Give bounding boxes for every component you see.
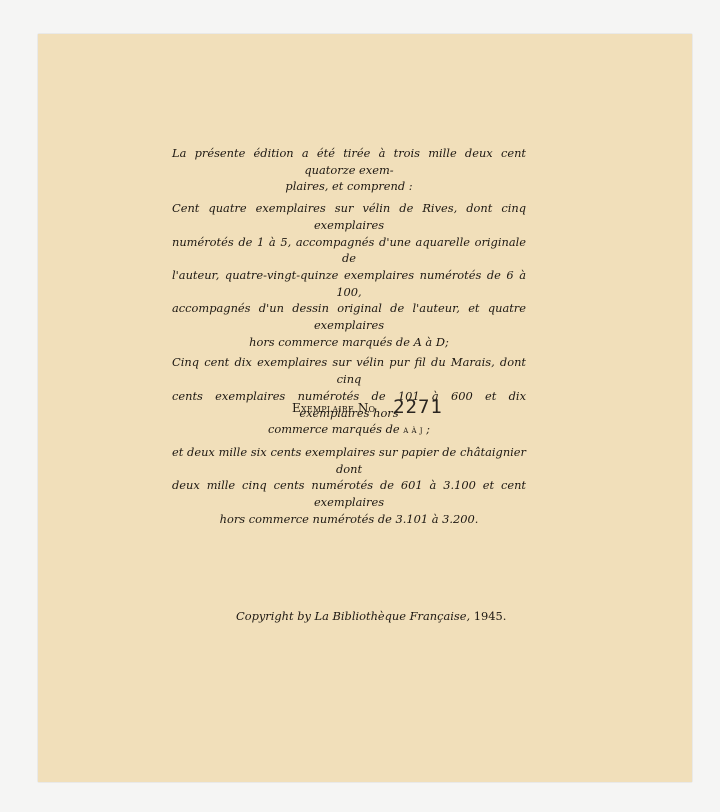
text-line: et deux mille six cents exemplaires sur … xyxy=(172,444,526,477)
text-fragment: ; xyxy=(423,422,430,436)
small-caps-letters: a à j xyxy=(403,425,422,436)
intro-paragraph: La présente édition a été tirée à trois … xyxy=(172,145,526,195)
text-line: hors commerce marqués de A à D; xyxy=(172,334,526,351)
number-sign: No xyxy=(358,401,375,415)
exemplaire-label: Exemplaire xyxy=(292,401,354,415)
copyright-year: 1945. xyxy=(474,609,507,623)
text-line: accompagnés d'un dessin original de l'au… xyxy=(172,300,526,333)
text-line: Cinq cent dix exemplaires sur vélin pur … xyxy=(172,354,526,387)
text-line: hors commerce numérotés de 3.101 à 3.200… xyxy=(172,511,526,528)
paragraph-velin-rives: Cent quatre exemplaires sur vélin de Riv… xyxy=(172,200,526,350)
exemplaire-number-line: Exemplaire No 2271 xyxy=(292,396,443,418)
text-line: numérotés de 1 à 5, accompagnés d'une aq… xyxy=(172,234,526,267)
text-line: plaires, et comprend : xyxy=(172,178,526,195)
text-line: l'auteur, quatre-vingt-quinze exemplaire… xyxy=(172,267,526,300)
copyright-line: Copyright by La Bibliothèque Française, … xyxy=(236,609,506,623)
paragraph-papier-chataignier: et deux mille six cents exemplaires sur … xyxy=(172,444,526,528)
justification-du-tirage: La présente édition a été tirée à trois … xyxy=(172,145,526,531)
text-line: deux mille cinq cents numérotés de 601 à… xyxy=(172,477,526,510)
text-line: La présente édition a été tirée à trois … xyxy=(172,145,526,178)
text-fragment: commerce marqués de xyxy=(268,422,403,436)
text-line: commerce marqués de a à j ; xyxy=(172,421,526,440)
copyright-text: Copyright by La Bibliothèque Française, xyxy=(236,609,474,623)
exemplaire-number: 2271 xyxy=(393,396,443,418)
text-line: Cent quatre exemplaires sur vélin de Riv… xyxy=(172,200,526,233)
